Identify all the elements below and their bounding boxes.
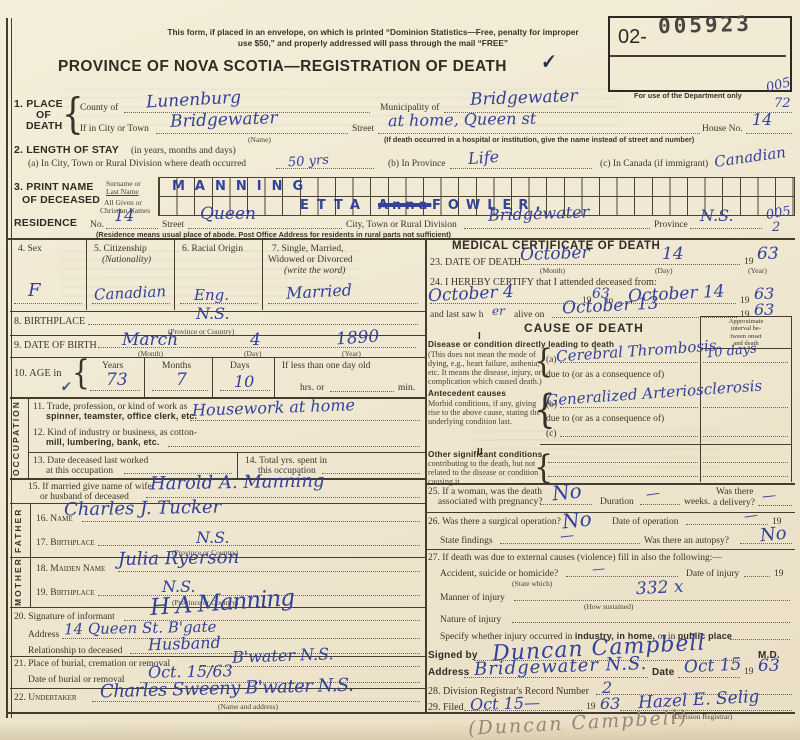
other-interval-line-1 <box>703 462 788 463</box>
residence-province-label: Province <box>654 220 688 231</box>
morbid-note-3: underlying condition last. <box>428 417 512 427</box>
s27-top-line <box>425 549 795 550</box>
how-sustained-note: (How sustained) <box>584 602 633 611</box>
s2b-label: (b) In Province <box>388 159 446 170</box>
name-note: (Name) <box>248 135 271 144</box>
residence-street-value: Queen <box>200 204 256 224</box>
other-conditions-label: Other significant conditions <box>428 450 542 459</box>
date-of-birth-label: 9. DATE OF BIRTH <box>14 340 97 352</box>
interval-col-right-line <box>791 316 792 482</box>
marital-note: (write the word) <box>284 266 345 277</box>
residence-no-value: 14 <box>114 206 134 225</box>
informant-address-line <box>62 638 420 639</box>
mailing-notice-line2: use $50,” and properly addressed will pa… <box>128 39 618 49</box>
duration-dash: — <box>645 485 661 503</box>
s13-top-line <box>28 452 425 453</box>
binding-line <box>6 18 8 718</box>
age-days-value: 10 <box>234 372 254 391</box>
operation-date-label: Date of operation <box>612 517 678 528</box>
occupation-top-line <box>10 397 425 399</box>
form-title: PROVINCE OF NOVA SCOTIA—REGISTRATION OF … <box>58 58 507 75</box>
manner-line <box>514 600 790 601</box>
duration-line <box>640 504 680 505</box>
father-vertical-label: FATHER <box>13 506 23 554</box>
interval-header-1: Approximate <box>701 318 791 325</box>
burial-place-label: 21. Place of burial, cremation or remova… <box>14 659 170 670</box>
s2-heading-note: (in years, months and days) <box>131 146 236 157</box>
last-saw-value: October 13 <box>562 293 660 318</box>
age-divider-2 <box>212 358 213 397</box>
age-years-value: 73 <box>106 370 128 390</box>
hospital-note: (If death occurred in a hospital or inst… <box>384 136 694 145</box>
house-no-line <box>746 133 792 134</box>
age-hrs-label: hrs. or <box>300 383 324 394</box>
residence-no-line <box>106 228 158 229</box>
duration-label: Duration <box>600 497 634 508</box>
injury-date-line <box>744 576 770 577</box>
cause-of-death-title: CAUSE OF DEATH <box>524 322 644 335</box>
cause-b-interval-line <box>703 407 788 408</box>
age-days-label: Days <box>230 361 250 372</box>
marital-label-2: Widowed or Divorced <box>268 255 353 266</box>
father-birthplace-label: 17. Birthplace <box>36 538 95 549</box>
state-which-note: (State which) <box>512 579 552 588</box>
nature-label: Nature of injury <box>440 615 501 626</box>
occupation-vertical-label: OCCUPATION <box>11 400 21 476</box>
specify-line <box>730 639 790 640</box>
street-value: at home, Queen st <box>388 109 537 131</box>
residence-province-line <box>690 228 762 229</box>
s6-divider <box>262 240 263 310</box>
sex-line <box>14 303 82 304</box>
age-months-value: 7 <box>176 370 187 390</box>
s1-number: 1. <box>14 98 23 110</box>
s12-label-2: mill, lumbering, bank, etc. <box>46 438 159 448</box>
filed-label: 29. Filed <box>428 702 464 714</box>
section-ii-top-line <box>540 444 792 445</box>
city-town-line <box>156 133 348 134</box>
age-pen-check: ✔ <box>59 379 72 395</box>
operation-date-line <box>686 524 768 525</box>
signed-by-label: Signed by <box>428 650 478 661</box>
delivery-line <box>758 505 792 506</box>
other-conditions-4: causing it. <box>428 477 462 487</box>
stamp-prefix: 02- <box>618 26 647 49</box>
accident-dash: — <box>591 561 605 577</box>
manner-label: Manner of injury <box>440 593 505 604</box>
column-divider-line <box>425 238 427 712</box>
signed-date-label: Date <box>652 667 674 678</box>
operation-label: 26. Was there a surgical operation? <box>428 517 561 528</box>
stamp-divider-line <box>610 55 786 57</box>
s2b-line <box>450 168 592 169</box>
mother-birthplace-label: 19. Birthplace <box>36 588 95 599</box>
s11-line <box>190 420 420 421</box>
s11-value: Housework at home <box>192 395 356 420</box>
due-to-1: due to (or as a consequence of) <box>546 370 664 381</box>
cause-a-tag: (a) <box>546 355 557 366</box>
delivery-value: — <box>761 487 777 504</box>
residence-street-line <box>188 228 342 229</box>
findings-dash: — <box>559 527 575 544</box>
s5-divider <box>174 240 175 310</box>
pen-checkmark: ✔ <box>538 51 557 75</box>
age-divider-3 <box>274 358 275 397</box>
attended-to-pre: 19 <box>740 296 750 307</box>
death-month-note: (Month) <box>540 266 565 275</box>
informant-address-label: Address <box>28 630 59 641</box>
residence-city-value: Bridgewater <box>488 202 590 225</box>
last-saw-label-1: and last saw h <box>430 310 484 321</box>
racial-origin-value: Eng. <box>194 286 229 304</box>
cause-c-interval-line <box>703 436 788 437</box>
death-certificate-scan: This form, if placed in an envelope, on … <box>0 0 800 740</box>
s2c-label: (c) In Canada (if immigrant) <box>600 159 708 170</box>
death-year-note: (Year) <box>748 266 767 275</box>
findings-label: State findings <box>440 536 493 547</box>
residence-province-value: N.S. <box>700 206 734 225</box>
stamp-serial-number: 005923 <box>658 12 752 38</box>
s2-heading: 2. LENGTH OF STAY <box>14 145 119 157</box>
date-of-death-label: 23. DATE OF DEATH <box>430 257 521 269</box>
age-hrs-line <box>330 391 394 392</box>
other-line-2 <box>548 476 698 477</box>
s2a-value: 50 yrs <box>288 153 330 171</box>
s3-heading1: 3. PRINT NAME <box>14 182 94 194</box>
street-line <box>378 133 700 134</box>
father-name-line <box>82 521 420 522</box>
last-saw-er: er <box>492 304 505 318</box>
house-no-value: 14 <box>752 110 772 129</box>
occupation-label-divider <box>28 397 29 478</box>
surname-label-2: Last Name <box>106 187 139 196</box>
birth-year-value: 1890 <box>335 327 380 350</box>
age-brace: { <box>72 353 90 393</box>
injury-year-pre: 19 <box>774 569 784 580</box>
mother-maiden-line <box>118 571 420 572</box>
birthplace-label: 8. BIRTHPLACE <box>14 316 85 328</box>
mailing-notice-line1: This form, if placed in an envelope, on … <box>128 28 618 38</box>
other-line-1 <box>548 462 698 463</box>
citizenship-value: Canadian <box>94 282 167 304</box>
s14-line <box>322 473 420 474</box>
cause-a-interval-line <box>703 362 788 363</box>
informant-relationship-value: Husband <box>148 633 221 655</box>
autopsy-value: No <box>759 523 788 547</box>
death-day-note: (Day) <box>655 266 673 275</box>
cause-c-tag: (c) <box>546 429 557 440</box>
birth-month-value: March <box>122 330 178 350</box>
spouse-name-value: Harold A. Manning <box>150 470 325 494</box>
given-name-value-1: ETTA <box>300 198 368 213</box>
marital-line <box>268 303 418 304</box>
sex-value: F <box>28 280 41 301</box>
age-divider-1 <box>144 358 145 397</box>
age-months-line <box>152 390 208 391</box>
age-years-line <box>90 390 140 391</box>
county-label: County of <box>80 103 118 114</box>
s2a-label: (a) In City, Town or Rural Division wher… <box>28 159 246 170</box>
age-label: 10. AGE in <box>14 368 62 380</box>
s13-label-2: at this occupation <box>46 466 113 477</box>
nature-line <box>512 622 790 623</box>
cause-c-line <box>560 436 698 437</box>
s3-heading2: OF DECEASED <box>22 195 100 207</box>
mother-maiden-value: Julia Ryerson <box>118 547 239 570</box>
s26-top-line <box>425 512 795 513</box>
external-causes-label: 27. If death was due to external causes … <box>428 553 722 564</box>
operation-date-dash: — <box>743 507 759 525</box>
signed-year-pre: 19 <box>744 667 754 678</box>
citizenship-label: 5. Citizenship <box>94 244 147 255</box>
main-divider-line <box>8 238 795 240</box>
birthplace-line <box>88 324 418 325</box>
city-town-value: Bridgewater <box>170 108 278 132</box>
s2b-value: Life <box>467 147 499 168</box>
filed-date-value: Oct 15— <box>470 693 541 714</box>
street-label: Street <box>352 124 374 135</box>
residence-label: RESIDENCE <box>14 218 77 230</box>
autopsy-label: Was there an autopsy? <box>644 536 729 547</box>
binding-line-2 <box>11 18 12 718</box>
cause-b-value: Generalized Arteriosclerosis <box>546 376 763 409</box>
s11-label-2: spinner, teamster, office clerk, etc. <box>46 412 197 422</box>
house-no-label: House No. <box>702 124 743 135</box>
residence-city-line <box>464 228 650 229</box>
s25-label-2: associated with pregnancy? <box>438 497 542 508</box>
sex-label: 4. Sex <box>18 244 42 255</box>
manner-code-value: 332 x <box>636 577 684 599</box>
city-town-label: If in City or Town <box>80 124 149 135</box>
municipality-value: Bridgewater <box>470 86 578 110</box>
mother-maiden-label: 18. Maiden Name <box>36 564 105 575</box>
weeks-label: weeks. <box>684 497 710 508</box>
last-saw-label-2: alive on <box>514 310 544 321</box>
birthplace-value: N.S. <box>196 304 230 323</box>
disease-note-4: complication which caused death.) <box>428 377 542 387</box>
racial-origin-label: 6. Racial Origin <box>182 244 243 255</box>
age-less-than-day-label: If less than one day old <box>282 361 370 372</box>
death-day-value: 14 <box>662 244 684 264</box>
s25-top-line <box>425 483 795 485</box>
margin-number-top-2: 72 <box>774 96 791 111</box>
s2c-value: Canadian <box>713 143 787 171</box>
father-birthplace-line <box>98 545 420 546</box>
surname-value: MANNING <box>172 179 313 194</box>
s4-divider <box>86 240 87 310</box>
mother-label-divider <box>30 557 31 607</box>
due-to-2: due to (or as a consequence of) <box>546 414 664 425</box>
margin-number-res-2: 2 <box>772 220 780 235</box>
cause-b-line <box>560 407 698 408</box>
undertaker-note: (Name and address) <box>218 702 278 711</box>
undertaker-value: Charles Sweeny B'water N.S. <box>100 675 354 703</box>
s12-line <box>168 446 420 447</box>
injury-date-label: Date of injury <box>686 569 739 580</box>
father-name-value: Charles J. Tucker <box>64 497 222 521</box>
mother-vertical-label: MOTHER <box>13 560 23 606</box>
antecedent-label: Antecedent causes <box>428 389 506 398</box>
struck-out-name: Anna <box>378 198 431 213</box>
death-year-value: 63 <box>757 244 779 264</box>
delivery-label-1: Was there <box>716 487 753 498</box>
burial-place-value: B'water N.S. <box>232 644 334 667</box>
row21-top-line <box>10 656 425 657</box>
s1-word-death: DEATH <box>26 121 62 133</box>
signed-year-value: 63 <box>758 656 780 676</box>
age-min-label: min. <box>398 383 415 394</box>
pregnancy-value: No <box>551 479 583 506</box>
father-birthplace-value: N.S. <box>196 528 230 547</box>
other-interval-line-2 <box>703 476 788 477</box>
citizenship-note: (Nationality) <box>102 255 151 266</box>
birth-day-value: 4 <box>250 330 261 350</box>
cause-b-tag: (b) <box>546 400 557 411</box>
accident-line <box>566 576 678 577</box>
interval-header-2: interval be- <box>701 325 791 332</box>
marital-value: Married <box>286 280 353 302</box>
marital-label-1: 7. Single, Married, <box>272 244 344 255</box>
undertaker-label: 22. Undertaker <box>14 693 77 704</box>
signed-date-value: Oct 15 <box>684 655 742 678</box>
father-label-divider <box>30 503 31 557</box>
department-only-note: For use of the Department only <box>634 92 742 101</box>
interval-col-top-line <box>700 316 792 317</box>
death-month-value: October <box>520 243 590 265</box>
